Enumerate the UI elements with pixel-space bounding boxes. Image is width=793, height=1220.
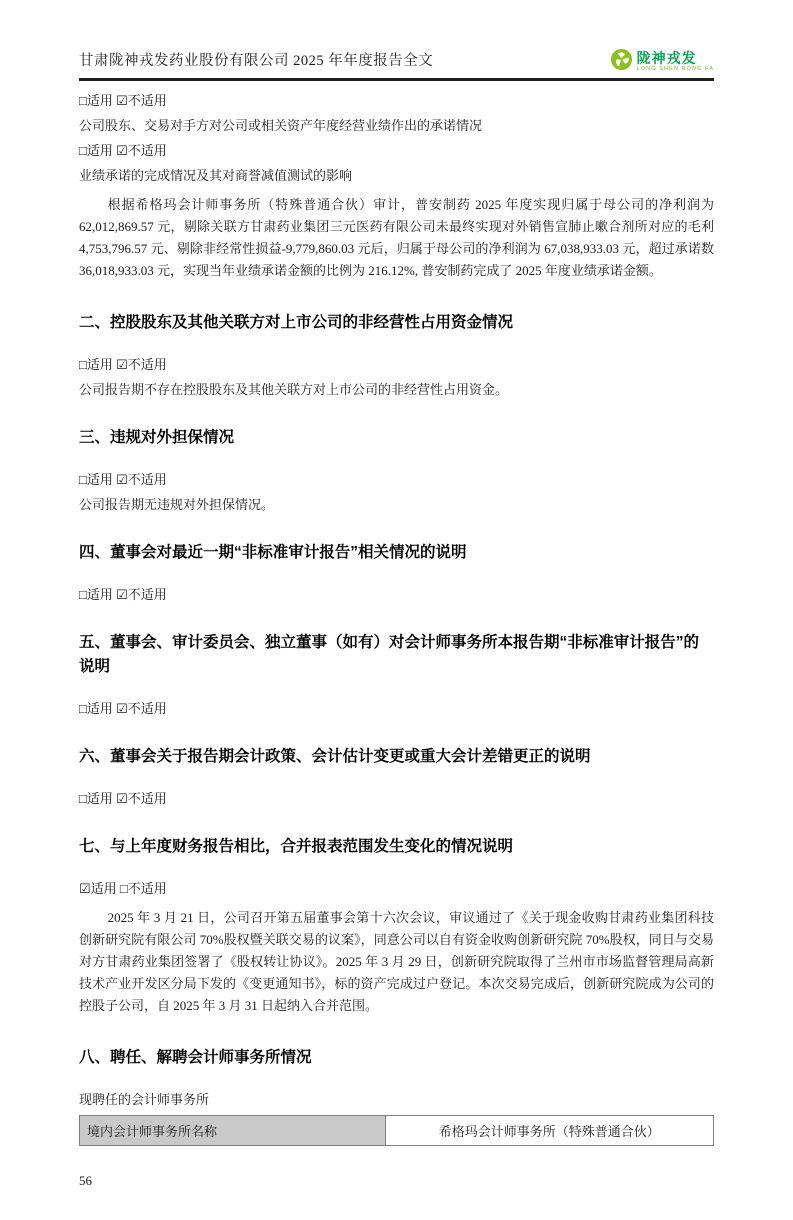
section-6-heading: 六、董事会关于报告期会计政策、会计估计变更或重大会计差错更正的说明 [79, 745, 714, 769]
company-logo: 陇神戎发 LONG SHEN RONG FA [610, 48, 714, 78]
goodwill-impairment-line: 业绩承诺的完成情况及其对商誉减值测试的影响 [79, 169, 714, 183]
section-4-heading: 四、董事会对最近一期“非标准审计报告”相关情况的说明 [79, 541, 714, 565]
current-auditor-intro: 现聘任的会计师事务所 [79, 1093, 714, 1107]
logo-tagline: LONG SHEN RONG FA [637, 67, 714, 73]
table-row: 境内会计师事务所名称 希格玛会计师事务所（特殊普通合伙） [80, 1115, 714, 1145]
applicability-checkbox-line: □适用 ☑不适用 [79, 792, 714, 806]
section-5-heading: 五、董事会、审计委员会、独立董事（如有）对会计师事务所本报告期“非标准审计报告”… [79, 631, 714, 679]
logo-name: 陇神戎发 [637, 51, 714, 65]
report-title: 甘肃陇神戎发药业股份有限公司 2025 年年度报告全文 [79, 49, 433, 78]
applicability-checkbox-line: □适用 ☑不适用 [79, 94, 714, 108]
logo-pinwheel-icon [610, 48, 633, 76]
section-2-heading: 二、控股股东及其他关联方对上市公司的非经营性占用资金情况 [79, 311, 714, 335]
report-page: 甘肃陇神戎发药业股份有限公司 2025 年年度报告全文 陇神戎发 LONG SH… [0, 0, 793, 1220]
applicability-checkbox-line: ☑适用 □不适用 [79, 882, 714, 896]
page-number: 56 [79, 1173, 92, 1188]
page-header: 甘肃陇神戎发药业股份有限公司 2025 年年度报告全文 陇神戎发 LONG SH… [79, 48, 714, 78]
applicability-checkbox-line: □适用 ☑不适用 [79, 144, 714, 158]
page-footer: 56 [79, 1172, 714, 1190]
auditor-name-label-cell: 境内会计师事务所名称 [80, 1115, 386, 1145]
section-3-heading: 三、违规对外担保情况 [79, 426, 714, 450]
consolidation-change-paragraph: 2025 年 3 月 21 日，公司召开第五届董事会第十六次会议，审议通过了《关… [79, 907, 714, 1017]
applicability-checkbox-line: □适用 ☑不适用 [79, 588, 714, 602]
auditor-name-value-cell: 希格玛会计师事务所（特殊普通合伙） [385, 1115, 713, 1145]
applicability-checkbox-line: □适用 ☑不适用 [79, 702, 714, 716]
applicability-checkbox-line: □适用 ☑不适用 [79, 358, 714, 372]
section-3-note: 公司报告期无违规对外担保情况。 [79, 498, 714, 512]
auditor-table: 境内会计师事务所名称 希格玛会计师事务所（特殊普通合伙） [79, 1115, 714, 1146]
performance-commitment-paragraph: 根据希格玛会计师事务所（特殊普通合伙）审计，普安制药 2025 年度实现归属于母… [79, 194, 714, 282]
section-8-heading: 八、聘任、解聘会计师事务所情况 [79, 1046, 714, 1070]
applicability-checkbox-line: □适用 ☑不适用 [79, 473, 714, 487]
section-2-note: 公司报告期不存在控股股东及其他关联方对上市公司的非经营性占用资金。 [79, 383, 714, 397]
section-7-heading: 七、与上年度财务报告相比，合并报表范围发生变化的情况说明 [79, 835, 714, 859]
logo-wordmark: 陇神戎发 LONG SHEN RONG FA [637, 51, 714, 73]
report-body: □适用 ☑不适用 公司股东、交易对手方对公司或相关资产年度经营业绩作出的承诺情况… [79, 81, 714, 1146]
shareholder-promise-line: 公司股东、交易对手方对公司或相关资产年度经营业绩作出的承诺情况 [79, 119, 714, 133]
